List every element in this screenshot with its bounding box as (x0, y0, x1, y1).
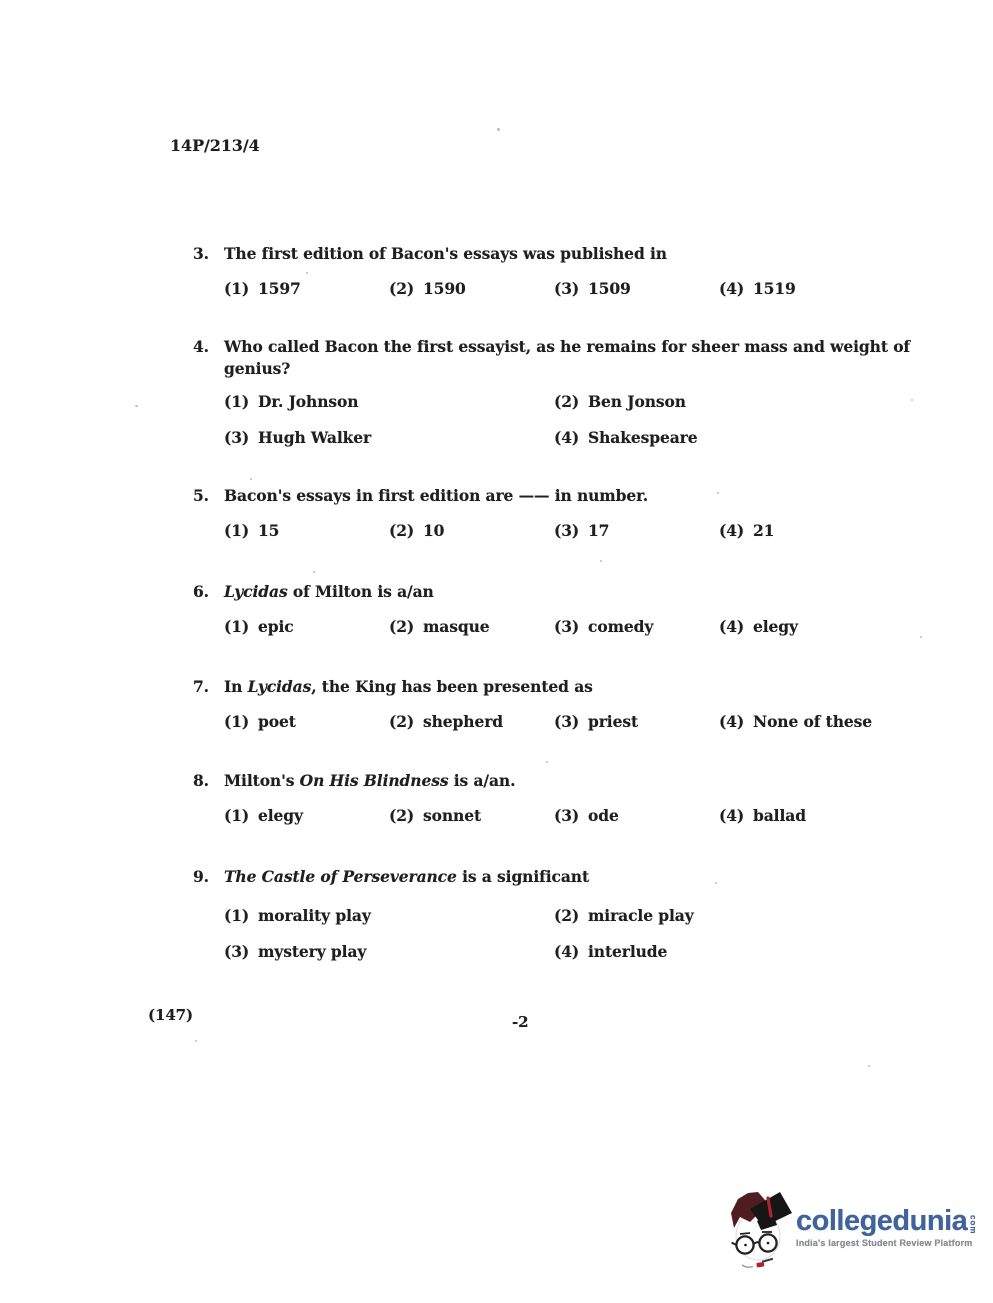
options-row: (1)1597 (2)1590 (3)1509 (4)1519 (224, 278, 910, 300)
question-7: 7. In Lycidas, the King has been present… (193, 676, 910, 733)
option: (3)comedy (554, 616, 719, 638)
option-text: elegy (258, 806, 303, 825)
option: (2)1590 (389, 278, 554, 300)
options-row: (1)15 (2)10 (3)17 (4)21 (224, 520, 910, 542)
option-label: (4) (719, 616, 753, 638)
option-text: Ben Jonson (588, 392, 686, 411)
option-label: (3) (554, 520, 588, 542)
option: (4)ballad (719, 805, 910, 827)
options-row: (3)mystery play (4)interlude (224, 941, 910, 963)
option: (2)masque (389, 616, 554, 638)
options-grid: (1)morality play (2)miracle play (3)myst… (224, 905, 910, 963)
option-text: poet (258, 712, 296, 731)
option: (2)miracle play (554, 905, 694, 927)
scan-speck (497, 128, 500, 131)
option: (3)ode (554, 805, 719, 827)
question-text-segment: Who called Bacon the first essayist, as … (224, 337, 910, 378)
option: (2)Ben Jonson (554, 391, 686, 413)
question-text: Lycidas of Milton is a/an (224, 581, 910, 603)
scan-speck (135, 405, 138, 407)
question-text-segment: is a significant (457, 867, 589, 886)
question-text-segment: In (224, 677, 248, 696)
options-row: (1)morality play (2)miracle play (224, 905, 910, 927)
option: (1)poet (224, 711, 389, 733)
question-number: 7. (193, 676, 224, 698)
option-label: (2) (554, 905, 588, 927)
option: (4)Shakespeare (554, 427, 698, 449)
question-text: In Lycidas, the King has been presented … (224, 676, 910, 698)
question-4: 4. Who called Bacon the first essayist, … (193, 336, 910, 463)
option: (4)1519 (719, 278, 910, 300)
scan-speck (313, 571, 315, 573)
option: (2)10 (389, 520, 554, 542)
option-label: (3) (554, 616, 588, 638)
brand-tld: com (968, 1215, 977, 1234)
question-text-segment: of Milton is a/an (288, 582, 434, 601)
option-text: ballad (753, 806, 806, 825)
option: (3)priest (554, 711, 719, 733)
option-text: sonnet (423, 806, 481, 825)
option-text: 17 (588, 521, 609, 540)
question-line: 6. Lycidas of Milton is a/an (193, 581, 910, 603)
option: (1)Dr. Johnson (224, 391, 554, 413)
paper-code: 14P/213/4 (170, 136, 260, 155)
question-3: 3. The first edition of Bacon's essays w… (193, 243, 910, 300)
options-row: (1)Dr. Johnson (2)Ben Jonson (224, 391, 910, 413)
option-label: (3) (554, 805, 588, 827)
booklet-series: (147) (148, 1006, 193, 1024)
option-text: None of these (753, 712, 872, 731)
question-text-segment: The Castle of Perseverance (224, 867, 457, 886)
question-6: 6. Lycidas of Milton is a/an (1)epic (2)… (193, 581, 910, 638)
brand-tagline: India's largest Student Review Platform (796, 1238, 977, 1248)
option-label: (3) (554, 711, 588, 733)
question-text: The Castle of Perseverance is a signific… (224, 866, 910, 888)
option: (1)epic (224, 616, 389, 638)
option-label: (1) (224, 905, 258, 927)
option-text: comedy (588, 617, 653, 636)
options-row: (1)elegy (2)sonnet (3)ode (4)ballad (224, 805, 910, 827)
question-text-segment: Lycidas (248, 677, 312, 696)
option: (2)sonnet (389, 805, 554, 827)
question-number: 4. (193, 336, 224, 380)
question-text: Milton's On His Blindness is a/an. (224, 770, 910, 792)
option-label: (3) (224, 941, 258, 963)
option-label: (4) (554, 427, 588, 449)
options-row: (1)epic (2)masque (3)comedy (4)elegy (224, 616, 910, 638)
scan-speck (715, 882, 717, 884)
question-line: 7. In Lycidas, the King has been present… (193, 676, 910, 698)
question-5: 5. Bacon's essays in first edition are —… (193, 485, 910, 542)
question-text-segment: On His Blindness (300, 771, 449, 790)
option-label: (1) (224, 520, 258, 542)
brand-line: collegedunia com (796, 1207, 977, 1235)
question-number: 6. (193, 581, 224, 603)
option-text: 1519 (753, 279, 796, 298)
question-text-segment: is a/an. (448, 771, 515, 790)
question-text-segment: The first edition of Bacon's essays was … (224, 244, 667, 263)
option-text: 1597 (258, 279, 301, 298)
collegedunia-logo: collegedunia com India's largest Student… (728, 1186, 977, 1268)
scan-speck (868, 1065, 870, 1067)
option-label: (4) (719, 278, 753, 300)
scan-speck (195, 1040, 197, 1042)
option-label: (4) (719, 805, 753, 827)
option-text: Hugh Walker (258, 428, 371, 447)
option-label: (3) (224, 427, 258, 449)
option-text: masque (423, 617, 490, 636)
option: (1)elegy (224, 805, 389, 827)
brand-name: collegedunia (796, 1207, 967, 1235)
option-text: miracle play (588, 906, 694, 925)
option: (4)elegy (719, 616, 910, 638)
option-text: morality play (258, 906, 371, 925)
option: (3)mystery play (224, 941, 554, 963)
logo-text-block: collegedunia com India's largest Student… (796, 1186, 977, 1248)
graduate-mascot-icon (728, 1186, 792, 1268)
question-line: 9. The Castle of Perseverance is a signi… (193, 866, 910, 888)
scan-speck (237, 954, 239, 957)
option-text: shepherd (423, 712, 503, 731)
option: (2)shepherd (389, 711, 554, 733)
scan-speck (306, 272, 308, 274)
option-text: Shakespeare (588, 428, 698, 447)
scan-speck (600, 560, 602, 562)
scan-speck (546, 761, 548, 763)
scan-speck (250, 478, 252, 480)
option-label: (2) (389, 520, 423, 542)
scan-speck (717, 492, 719, 494)
option: (4)interlude (554, 941, 667, 963)
option-label: (1) (224, 616, 258, 638)
option-text: 1509 (588, 279, 631, 298)
question-line: 8. Milton's On His Blindness is a/an. (193, 770, 910, 792)
option-text: epic (258, 617, 294, 636)
option-text: ode (588, 806, 619, 825)
question-number: 3. (193, 243, 224, 265)
page-number: -2 (512, 1013, 528, 1031)
option-text: 21 (753, 521, 774, 540)
question-9: 9. The Castle of Perseverance is a signi… (193, 866, 910, 977)
question-text: The first edition of Bacon's essays was … (224, 243, 910, 265)
options-grid: (1)Dr. Johnson (2)Ben Jonson (3)Hugh Wal… (224, 391, 910, 449)
question-number: 5. (193, 485, 224, 507)
question-number: 9. (193, 866, 224, 888)
question-number: 8. (193, 770, 224, 792)
question-text-segment: Milton's (224, 771, 300, 790)
option-label: (1) (224, 278, 258, 300)
option-label: (4) (719, 711, 753, 733)
option-text: 15 (258, 521, 279, 540)
question-text-segment: Lycidas (224, 582, 288, 601)
option: (3)1509 (554, 278, 719, 300)
option-text: mystery play (258, 942, 366, 961)
option: (3)17 (554, 520, 719, 542)
option-text: Dr. Johnson (258, 392, 358, 411)
question-text-segment: , the King has been presented as (311, 677, 593, 696)
options-row: (3)Hugh Walker (4)Shakespeare (224, 427, 910, 449)
scan-speck (911, 399, 913, 401)
option-text: 10 (423, 521, 444, 540)
option-label: (2) (554, 391, 588, 413)
option-label: (1) (224, 711, 258, 733)
question-text: Who called Bacon the first essayist, as … (224, 336, 910, 380)
question-text-segment: Bacon's essays in first edition are —— i… (224, 486, 648, 505)
option: (4)21 (719, 520, 910, 542)
option-text: elegy (753, 617, 798, 636)
option: (1)1597 (224, 278, 389, 300)
scanned-exam-page: 14P/213/4 3. The first edition of Bacon'… (0, 0, 993, 1303)
option-label: (4) (554, 941, 588, 963)
scan-speck (920, 636, 922, 638)
option-label: (2) (389, 711, 423, 733)
question-line: 4. Who called Bacon the first essayist, … (193, 336, 910, 380)
option-label: (3) (554, 278, 588, 300)
option-label: (2) (389, 805, 423, 827)
options-row: (1)poet (2)shepherd (3)priest (4)None of… (224, 711, 910, 733)
option: (1)morality play (224, 905, 554, 927)
option-label: (1) (224, 391, 258, 413)
option: (1)15 (224, 520, 389, 542)
option-text: priest (588, 712, 638, 731)
question-line: 5. Bacon's essays in first edition are —… (193, 485, 910, 507)
option-text: interlude (588, 942, 667, 961)
option-label: (4) (719, 520, 753, 542)
option: (3)Hugh Walker (224, 427, 554, 449)
question-8: 8. Milton's On His Blindness is a/an. (1… (193, 770, 910, 827)
question-line: 3. The first edition of Bacon's essays w… (193, 243, 910, 265)
option-label: (2) (389, 616, 423, 638)
option-label: (1) (224, 805, 258, 827)
option-text: 1590 (423, 279, 466, 298)
question-text: Bacon's essays in first edition are —— i… (224, 485, 910, 507)
option-label: (2) (389, 278, 423, 300)
option: (4)None of these (719, 711, 910, 733)
